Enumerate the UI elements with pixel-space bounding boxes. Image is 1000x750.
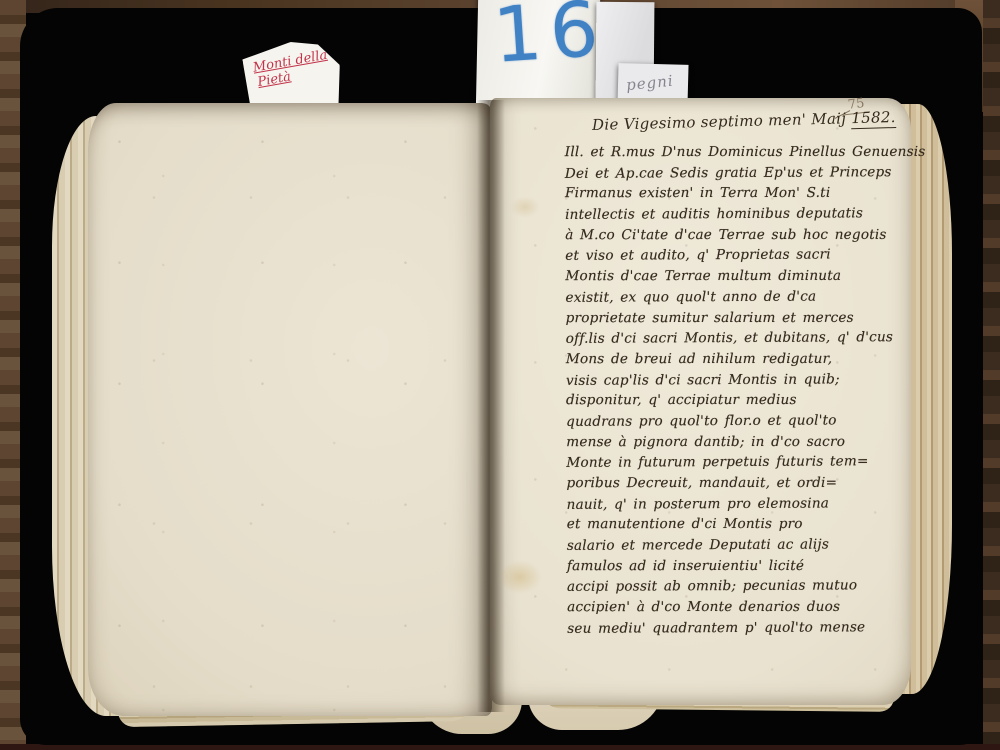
manuscript-text: Ill. et R.mus D'nus Dominicus Pinellus G…: [565, 143, 906, 641]
tab-pegni-label: pegni: [625, 72, 674, 94]
manuscript-line: nauit, q' in posterum pro elemosina: [567, 495, 905, 517]
manuscript-line: existit, ex quo quol't anno de d'ca: [565, 288, 903, 310]
manuscript-line: off.lis d'ci sacri Montis, et dubitans, …: [566, 329, 904, 351]
manuscript-line: quadrans pro quol'to flor.o et quol'to: [566, 412, 904, 434]
date-heading: Die Vigesimo septimo men' Maij 1582.: [592, 108, 896, 134]
tab-number-label: 16: [491, 0, 609, 74]
gutter-shadow: [477, 100, 505, 712]
manuscript-line: seu mediu' quadrantem p' quol'to mense: [567, 619, 905, 641]
wood-table-edge-right: [983, 0, 1000, 750]
manuscript-line: accipi possit ab omnib; pecunias mutuo: [567, 578, 905, 600]
paper-stain: [498, 560, 542, 594]
manuscript-line: Monte in futurum perpetuis futuris tem=: [566, 453, 904, 475]
manuscript-line: visis cap'lis d'ci sacri Montis in quib;: [566, 371, 904, 393]
manuscript-line: Montis d'cae Terrae multum diminuta: [565, 268, 903, 289]
right-page-manuscript: 75 Die Vigesimo septimo men' Maij 1582. …: [490, 98, 911, 705]
manuscript-line: à M.co Ci'tate d'cae Terrae sub hoc nego…: [565, 227, 903, 248]
manuscript-line: Firmanus existen' in Terra Mon' S.ti: [565, 185, 903, 206]
manuscript-line: proprietate sumitur salarium et merces: [566, 309, 904, 330]
manuscript-line: Mons de breui ad nihilum redigatur,: [566, 351, 904, 372]
left-page-blank: [88, 103, 492, 716]
manuscript-line: accipien' à d'co Monte denarios duos: [567, 599, 905, 620]
manuscript-line: et viso et audito, q' Proprietas sacri: [565, 247, 903, 269]
manuscript-line: poribus Decreuit, mandauit, et ordi=: [566, 475, 904, 496]
manuscript-line: et manutentione d'ci Montis pro: [567, 516, 905, 537]
archive-photo: Monti della Pietà 16 pegni 75 Die Vigesi…: [0, 0, 1000, 750]
manuscript-line: famulos ad id inseruientiu' licité: [567, 558, 905, 579]
date-heading-year: 1582.: [851, 108, 896, 129]
manuscript-line: Ill. et R.mus D'nus Dominicus Pinellus G…: [565, 144, 903, 165]
manuscript-line: disponitur, q' accipiatur medius: [566, 392, 904, 413]
date-heading-text: Die Vigesimo septimo men' Maij: [592, 109, 852, 134]
paper-stain: [510, 196, 540, 218]
manuscript-line: mense à pignora dantib; in d'co sacro: [566, 433, 904, 454]
manuscript-line: intellectis et auditis hominibus deputat…: [565, 205, 903, 227]
manuscript-line: Dei et Ap.cae Sedis gratia Ep'us et Prin…: [565, 164, 903, 186]
manuscript-line: salario et mercede Deputati ac alijs: [567, 536, 905, 558]
tab-monti-label: Monti della Pietà: [252, 48, 331, 91]
